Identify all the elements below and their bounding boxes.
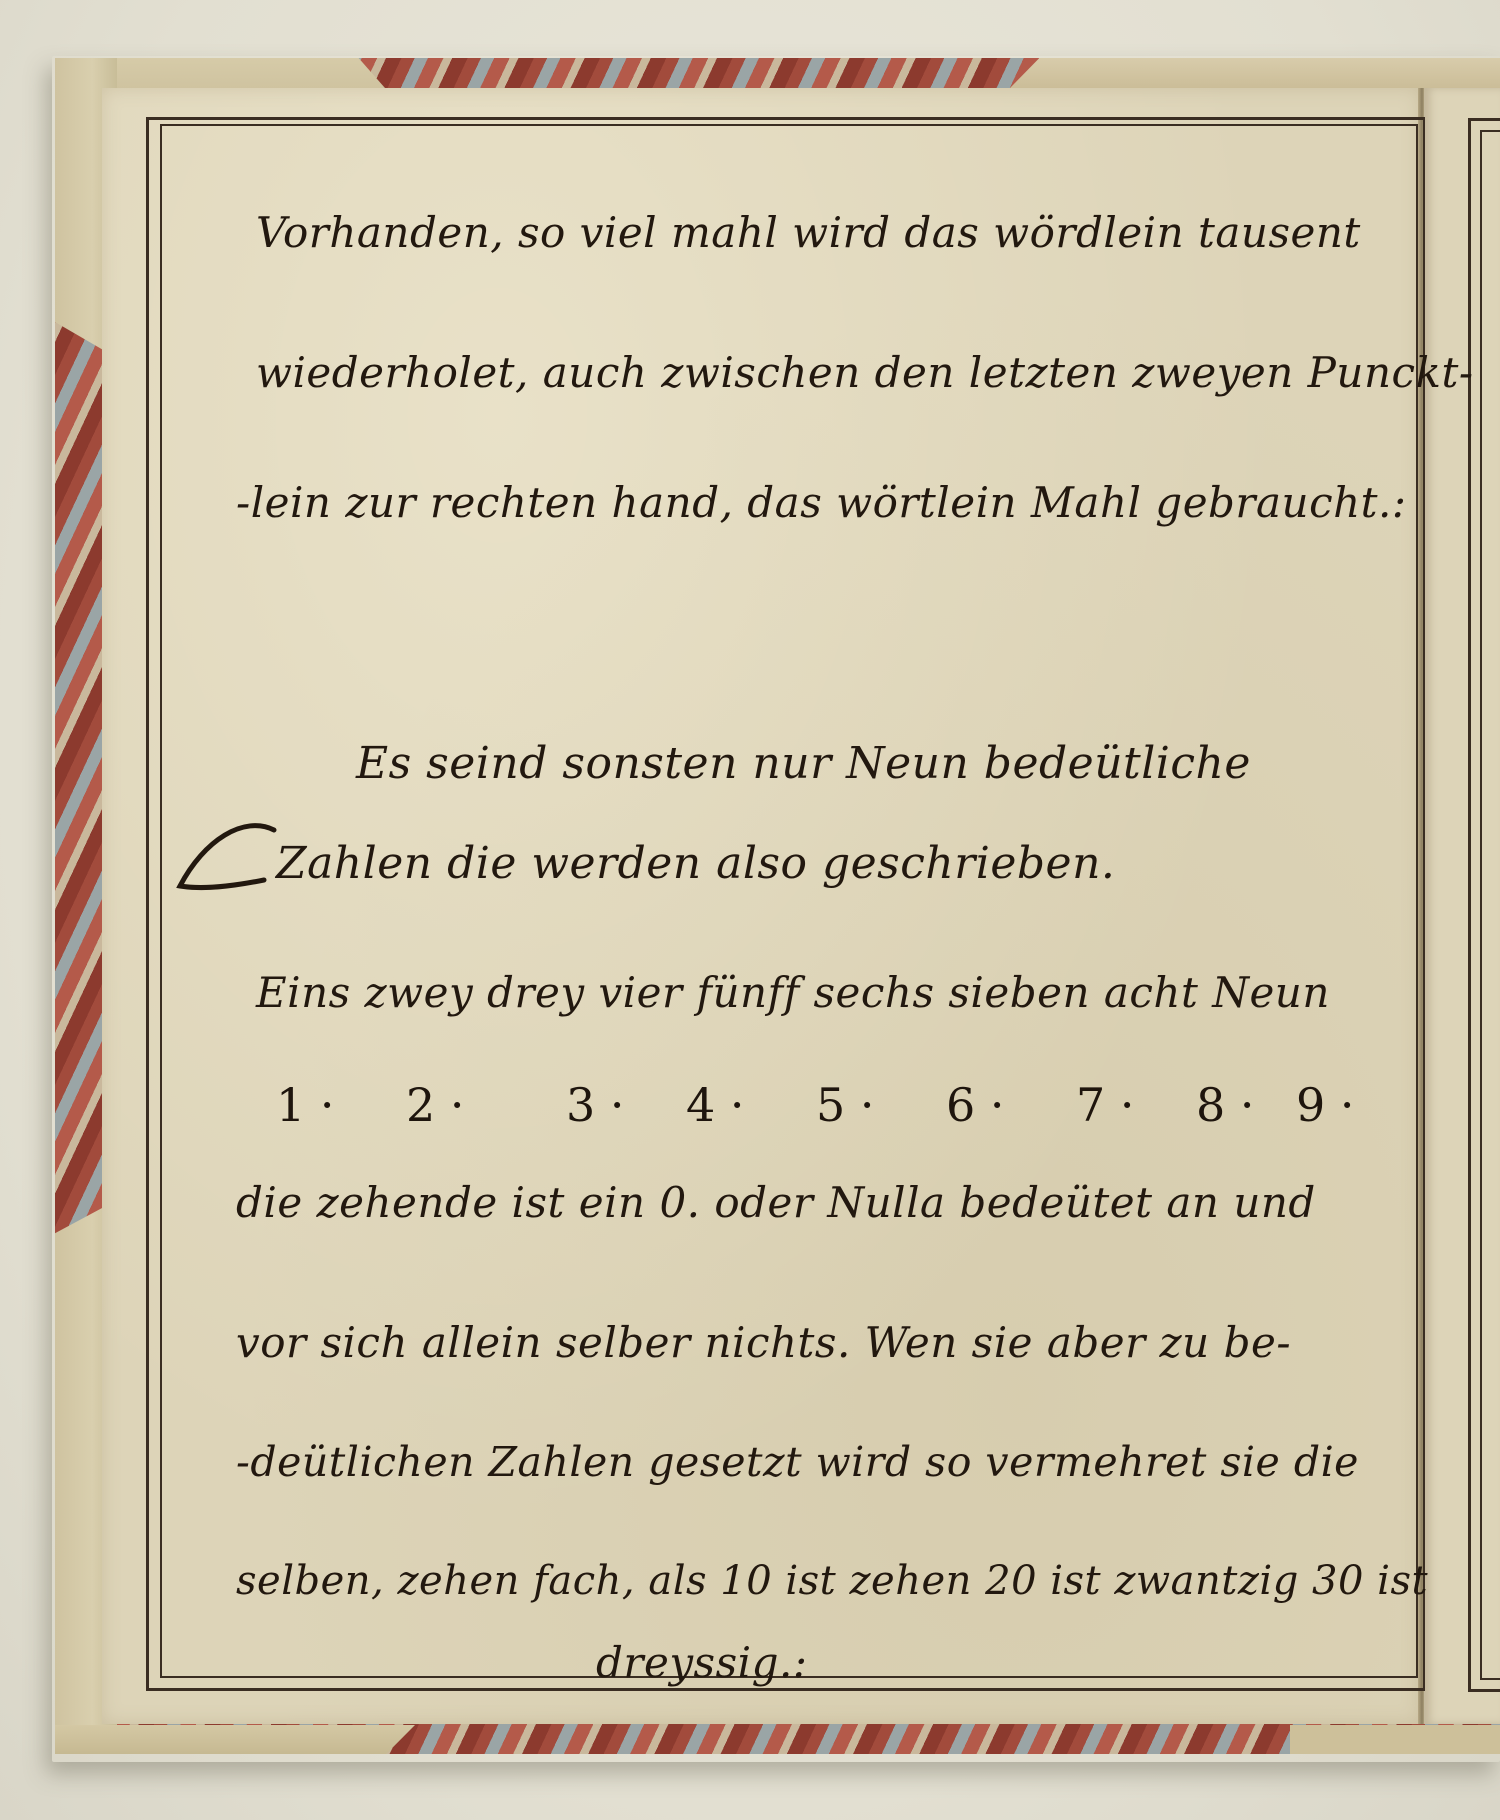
numeral: 7 · [1076,1078,1135,1132]
text-line: wiederholet, auch zwischen den letzten z… [256,348,1474,397]
numeral: 3 · [566,1078,625,1132]
text-line-numeral-words: Eins zwey drey vier fünff sechs sieben a… [256,968,1330,1017]
text-line: -deütlichen Zahlen gesetzt wird so verme… [236,1438,1359,1486]
numeral-row: 1 · 2 · 3 · 4 · 5 · 6 · 7 · 8 · 9 · [236,1078,1406,1148]
numeral: 9 · [1296,1078,1355,1132]
text-line: vor sich allein selber nichts. Wen sie a… [236,1318,1291,1367]
numeral: 6 · [946,1078,1005,1132]
text-line: dreyssig.: [596,1638,807,1687]
numeral: 8 · [1196,1078,1255,1132]
numeral: 1 · [276,1078,335,1132]
text-line: Es seind sonsten nur Neun bedeütliche [356,738,1251,789]
numeral: 4 · [686,1078,745,1132]
numeral: 2 · [406,1078,465,1132]
cover-corner-paper-bottom-right [1290,1725,1500,1754]
text-line: Zahlen die werden also geschrieben. [276,838,1115,889]
cover-corner-paper-top-right [1010,58,1500,88]
text-line: selben, zehen fach, als 10 ist zehen 20 … [236,1558,1428,1604]
cover-corner-paper-bottom [55,1725,415,1754]
text-line: -lein zur rechten hand, das wörtlein Mah… [236,478,1407,527]
numeral: 5 · [816,1078,875,1132]
right-page-frame-inner [1480,130,1500,1680]
text-line: Vorhanden, so viel mahl wird das wördlei… [256,208,1361,257]
text-line: die zehende ist ein 0. oder Nulla bedeüt… [236,1178,1316,1227]
capital-z-flourish [174,820,284,900]
